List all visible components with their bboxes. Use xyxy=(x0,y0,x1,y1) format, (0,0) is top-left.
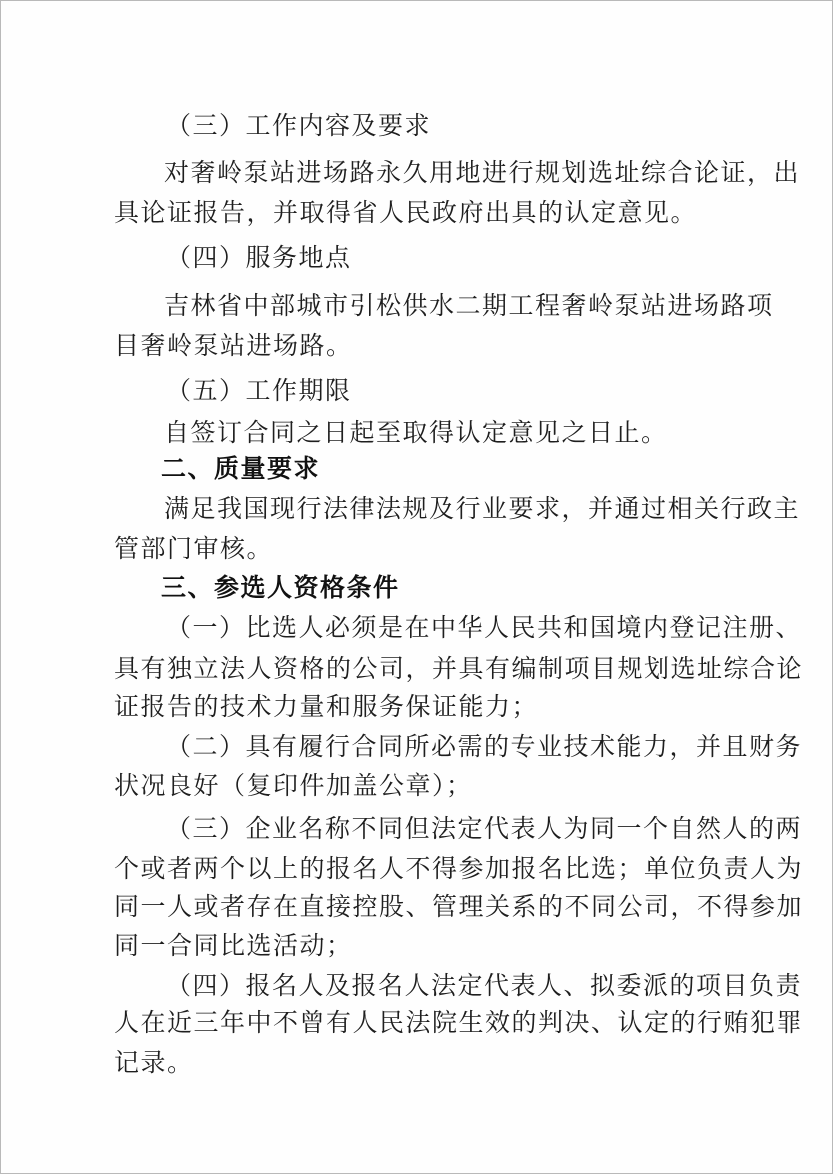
subheading-work-period: （五）工作期限 xyxy=(166,376,352,406)
paragraph-line: （四）报名人及报名人法定代表人、拟委派的项目负责 xyxy=(166,971,802,1001)
paragraph-line: （一）比选人必须是在中华人民共和国境内登记注册、 xyxy=(166,613,802,643)
subheading-work-content: （三）工作内容及要求 xyxy=(166,111,431,141)
paragraph-line: 对奢岭泵站进场路永久用地进行规划选址综合论证，出 xyxy=(164,158,800,188)
paragraph-line: 个或者两个以上的报名人不得参加报名比选；单位负责人为 xyxy=(114,854,803,884)
paragraph-line: （三）企业名称不同但法定代表人为同一个自然人的两 xyxy=(166,814,802,844)
paragraph-line: （二）具有履行合同所必需的专业技术能力，并且财务 xyxy=(166,732,802,762)
paragraph-line: 人在近三年中不曾有人民法院生效的判决、认定的行贿犯罪 xyxy=(114,1008,803,1038)
paragraph-line: 具论证报告，并取得省人民政府出具的认定意见。 xyxy=(114,198,697,228)
heading-qualification: 三、参选人资格条件 xyxy=(161,573,400,603)
paragraph-line: 满足我国现行法律法规及行业要求，并通过相关行政主 xyxy=(164,494,800,524)
paragraph-line: 管部门审核。 xyxy=(114,534,273,564)
paragraph-line: 吉林省中部城市引松供水二期工程奢岭泵站进场路项 xyxy=(164,291,774,321)
paragraph-line: 证报告的技术力量和服务保证能力； xyxy=(114,692,538,722)
subheading-service-location: （四）服务地点 xyxy=(166,243,352,273)
paragraph-line: 状况良好（复印件加盖公章）； xyxy=(114,771,473,801)
paragraph-line: 自签订合同之日起至取得认定意见之日止。 xyxy=(164,418,668,448)
heading-quality: 二、质量要求 xyxy=(161,454,320,484)
document-page: （三）工作内容及要求 对奢岭泵站进场路永久用地进行规划选址综合论证，出 具论证报… xyxy=(0,0,833,1174)
paragraph-line: 同一合同比选活动； xyxy=(114,931,353,961)
paragraph-line: 同一人或者存在直接控股、管理关系的不同公司，不得参加 xyxy=(114,892,803,922)
paragraph-line: 目奢岭泵站进场路。 xyxy=(114,331,353,361)
paragraph-line: 具有独立法人资格的公司，并具有编制项目规划选址综合论 xyxy=(114,654,803,684)
paragraph-line: 记录。 xyxy=(114,1048,194,1078)
